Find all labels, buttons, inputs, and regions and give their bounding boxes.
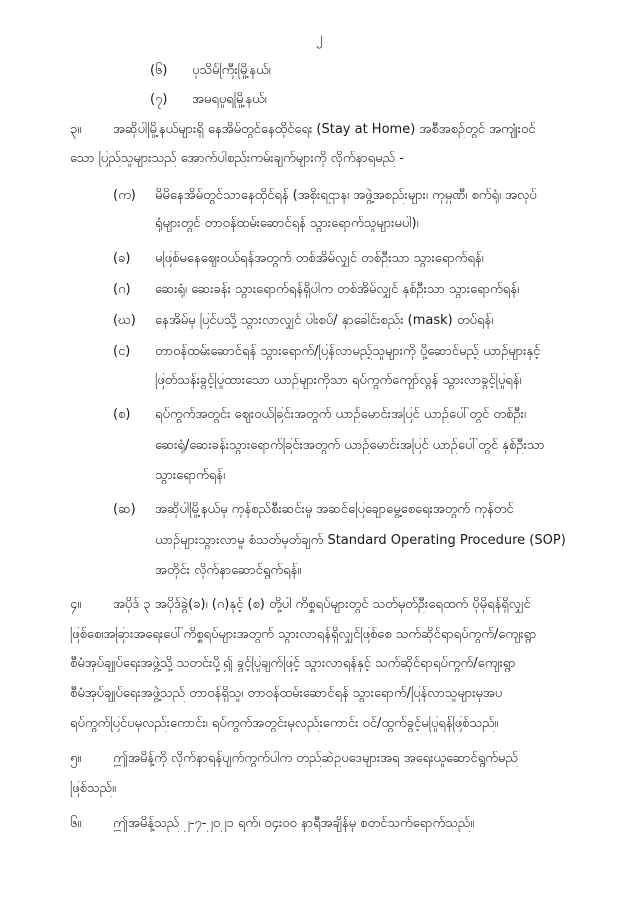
- list-item-text: ဖြတ်သန်းခွင့်ပြုထားသော ယာဉ်များကိုသာ ရပ်…: [155, 373, 610, 389]
- list-marker: (ခ): [113, 251, 130, 267]
- list-item-text: မဖြစ်မနေဈေးဝယ်ရန်အတွက် တစ်အိမ်လျှင် တစ်ဦ…: [155, 251, 610, 267]
- paragraph-line: အပိုဒ် ၃ အပိုဒ်ခွဲ(ခ)၊ (ဂ)နှင့် (စ) တို့…: [113, 597, 613, 613]
- list-marker: (ဂ): [113, 282, 131, 298]
- list-marker: (ဃ): [113, 313, 136, 329]
- list-item-text: တာဝန်ထမ်းဆောင်ရန် သွားရောက်/ပြန်လာမည့်သူ…: [155, 344, 610, 360]
- paragraph-line: သော ပြည်သူများသည် အောက်ပါစည်းကမ်းချက်မျာ…: [70, 151, 610, 167]
- paragraph-line: ဤအမိန့်ကို လိုက်နာရန်ပျက်ကွက်ပါက တည်ဆဲဥပ…: [113, 751, 613, 767]
- page-number: ၂: [0, 28, 639, 49]
- list-marker: (င): [113, 344, 130, 360]
- list-marker: (၆): [150, 63, 167, 79]
- paragraph-line: စီမံအုပ်ချုပ်ရေးအဖွဲ့သည် တာဝန်ရှိသူ၊ တာဝ…: [70, 686, 613, 702]
- list-item-text: အတိုင်း လိုက်နာဆောင်ရွက်ရန်။: [155, 563, 610, 579]
- paragraph-line: ဖြစ်သည်။: [70, 781, 613, 797]
- list-item-text: နေအိမ်မှ ပြင်ပသို့ သွားလာလျှင် ပါးစပ်/ န…: [155, 313, 610, 329]
- paragraph-line: ရပ်ကွက်ပြင်ပမှလည်းကောင်း၊ ရပ်ကွက်အတွင်းမ…: [70, 716, 613, 732]
- list-item-text: ဆေးရုံ/ဆေးခန်းသွားရောက်ခြင်းအတွက် ယာဉ်မေ…: [155, 438, 610, 454]
- paragraph-line: စီမံအုပ်ချုပ်ရေးအဖွဲ့သို့ သတင်းပို့၍ ခွင…: [70, 656, 613, 672]
- paragraph-line: အဆိုပါမြို့နယ်များရှိ နေအိမ်တွင်နေထိုင်ရ…: [113, 122, 613, 138]
- list-marker: (၇): [150, 92, 167, 108]
- list-marker: (စ): [113, 407, 130, 423]
- list-item-text: ရပ်ကွက်အတွင်း ဈေးဝယ်ခြင်းအတွက် ယာဉ်မောင်…: [155, 407, 610, 423]
- list-item-text: ဆေးရုံ၊ ဆေးခန်း သွားရောက်ရန်ရှိပါက တစ်အိ…: [155, 282, 610, 298]
- paragraph-marker: ၄။: [70, 597, 81, 613]
- list-item-text: အမရပူရမြို့နယ်၊: [192, 92, 267, 108]
- paragraph-marker: ၃။: [70, 122, 81, 138]
- list-marker: (က): [113, 188, 136, 204]
- paragraph-line: ဤအမိန့်သည် ၂-၇-၂၀၂၁ ရက်၊ ၀၄း၀၀ နာရီအချိန…: [113, 816, 613, 832]
- list-item-text: ယာဉ်များသွားလာမှု စံသတ်မှတ်ချက် Standard…: [155, 533, 610, 549]
- list-item-text: ရုံများတွင် တာဝန်ထမ်းဆောင်ရန် သွားရောက်သ…: [155, 216, 610, 232]
- list-item-text: ပုသိမ်ကြီးမြို့နယ်၊: [192, 63, 271, 79]
- list-item-text: သွားရောက်ရန်၊: [155, 468, 610, 484]
- paragraph-line: ဖြစ်စေ၊အခြားအရေးပေါ်ကိစ္စရပ်များအတွက် သွ…: [70, 627, 613, 643]
- list-marker: (ဆ): [113, 502, 136, 518]
- paragraph-marker: ၅။: [70, 751, 81, 767]
- paragraph-marker: ၆။: [70, 816, 81, 832]
- list-item-text: အဆိုပါမြို့နယ်မှ ကုန်စည်စီးဆင်းမှု အဆင်ပ…: [155, 502, 610, 518]
- list-item-text: မိမိနေအိမ်တွင်သာနေထိုင်ရန် (အစိုးရဌာန၊ အ…: [155, 188, 610, 204]
